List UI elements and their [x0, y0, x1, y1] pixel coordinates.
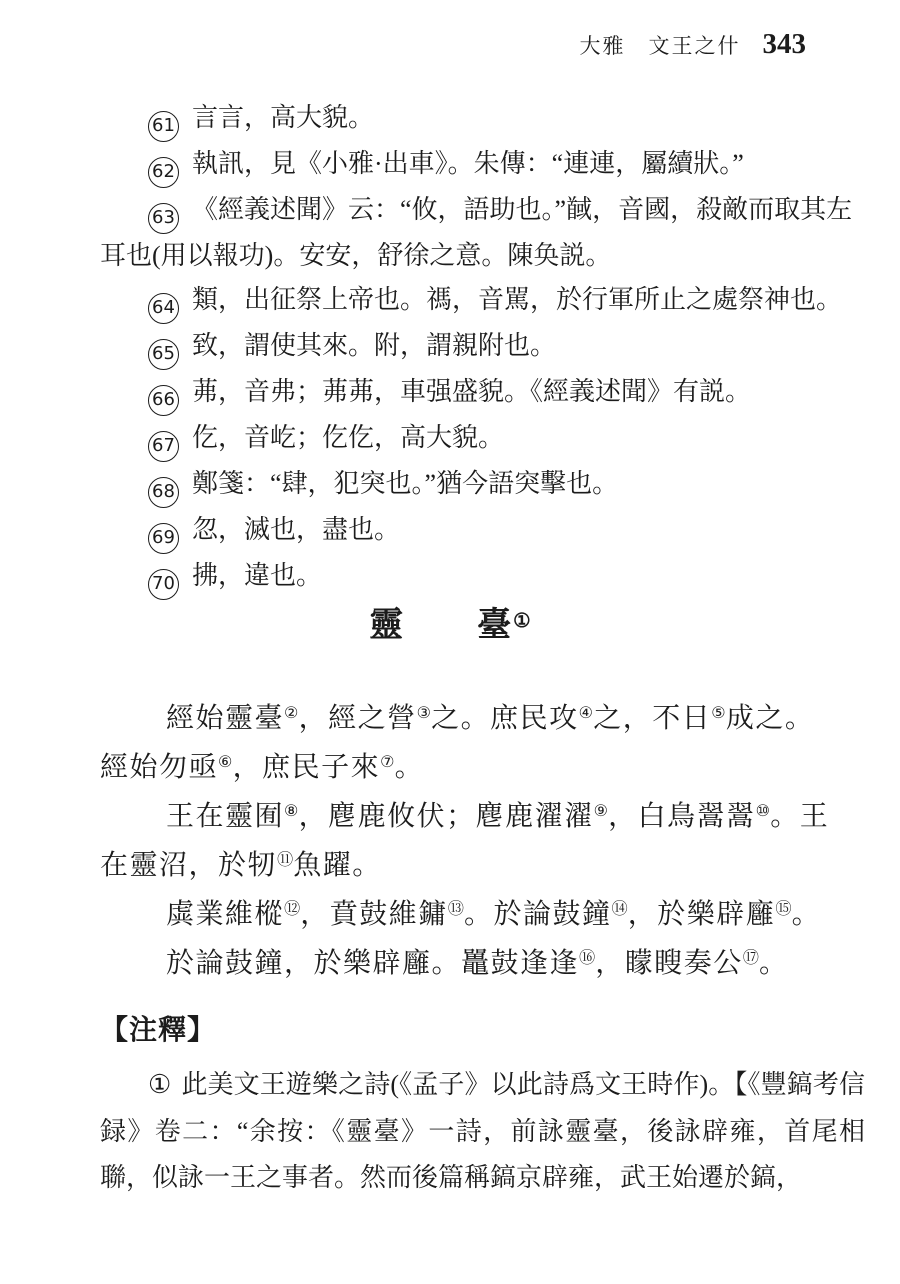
annotation-text: 類，出征祭上帝也。禡，音駡，於行軍所止之處祭神也。 — [192, 285, 842, 314]
annotation-item: 68鄭箋：“肆，犯突也。”猶今語突擊也。 — [100, 462, 865, 508]
poem-title: 靈 臺① — [0, 597, 900, 646]
circled-number: 68 — [148, 477, 179, 508]
note-text: 此美文王遊樂之詩(《孟子》以此詩爲文王時作)。【《豐鎬考信録》卷二：“余按：《靈… — [100, 1070, 865, 1192]
annotation-text: 致，謂使其來。附，謂親附也。 — [192, 331, 556, 360]
annotation-text: 拂，違也。 — [192, 561, 322, 590]
annotation-text: 茀，音弗；茀茀，車强盛貌。《經義述聞》有説。 — [192, 377, 751, 406]
annotation-text: 執訊，見《小雅·出車》。朱傳：“連連，屬續狀。” — [192, 149, 744, 178]
annotation-text: 《經義述聞》云：“攸，語助也。”馘，音國，殺敵而取其左耳也(用以報功)。安安，舒… — [100, 195, 852, 270]
annotation-item: 63《經義述聞》云：“攸，語助也。”馘，音國，殺敵而取其左耳也(用以報功)。安安… — [100, 188, 865, 278]
annotation-item: 62執訊，見《小雅·出車》。朱傳：“連連，屬續狀。” — [100, 142, 865, 188]
poem-line: 經始勿亟⑥，庶民子來⑦。 — [100, 743, 880, 792]
poem-line: 虡業維樅⑫，賁鼓維鏞⑬。於論鼓鐘⑭，於樂辟廱⑮。 — [100, 890, 880, 939]
circled-number: 62 — [148, 157, 179, 188]
annotation-list-61-70: 61言言，高大貌。 62執訊，見《小雅·出車》。朱傳：“連連，屬續狀。” 63《… — [100, 96, 865, 600]
annotation-text: 言言，高大貌。 — [192, 103, 374, 132]
note-number: ① — [148, 1070, 171, 1099]
notes-heading: 【注釋】 — [100, 1008, 865, 1048]
annotation-item: 65致，謂使其來。附，謂親附也。 — [100, 324, 865, 370]
annotation-text: 鄭箋：“肆，犯突也。”猶今語突擊也。 — [192, 469, 618, 498]
annotation-item: 66茀，音弗；茀茀，車强盛貌。《經義述聞》有説。 — [100, 370, 865, 416]
poem-body: 經始靈臺②，經之營③之。庶民攻④之，不日⑤成之。 經始勿亟⑥，庶民子來⑦。 王在… — [100, 694, 880, 988]
annotation-item: 69忽，滅也，盡也。 — [100, 508, 865, 554]
annotation-item: 67仡，音屹；仡仡，高大貌。 — [100, 416, 865, 462]
annotation-item: 70拂，違也。 — [100, 554, 865, 600]
circled-number: 63 — [148, 203, 179, 234]
annotation-text: 仡，音屹；仡仡，高大貌。 — [192, 423, 504, 452]
running-head: 大雅 文王之什 343 — [580, 28, 807, 61]
note-paragraph: ①此美文王遊樂之詩(《孟子》以此詩爲文王時作)。【《豐鎬考信録》卷二：“余按：《… — [100, 1062, 865, 1202]
annotation-text: 忽，滅也，盡也。 — [192, 515, 400, 544]
circled-number: 67 — [148, 431, 179, 462]
annotation-item: 64類，出征祭上帝也。禡，音駡，於行軍所止之處祭神也。 — [100, 278, 865, 324]
circled-number: 69 — [148, 523, 179, 554]
notes-section: 【注釋】 ①此美文王遊樂之詩(《孟子》以此詩爲文王時作)。【《豐鎬考信録》卷二：… — [100, 1008, 865, 1202]
poem-line: 經始靈臺②，經之營③之。庶民攻④之，不日⑤成之。 — [100, 694, 880, 743]
circled-number: 70 — [148, 569, 179, 600]
circled-number: 66 — [148, 385, 179, 416]
poem-line: 於論鼓鐘，於樂辟廱。鼉鼓逢逢⑯，矇瞍奏公⑰。 — [100, 939, 880, 988]
book-page: 大雅 文王之什 343 61言言，高大貌。 62執訊，見《小雅·出車》。朱傳：“… — [0, 0, 900, 1284]
annotation-item: 61言言，高大貌。 — [100, 96, 865, 142]
circled-number: 64 — [148, 293, 179, 324]
section-title: 大雅 文王之什 — [580, 30, 741, 60]
page-number: 343 — [763, 28, 807, 61]
poem-line: 王在靈囿⑧，麀鹿攸伏；麀鹿濯濯⑨，白鳥翯翯⑩。王 — [100, 792, 880, 841]
circled-number: 61 — [148, 111, 179, 142]
circled-number: 65 — [148, 339, 179, 370]
poem-line: 在靈沼，於牣⑪魚躍。 — [100, 841, 880, 890]
